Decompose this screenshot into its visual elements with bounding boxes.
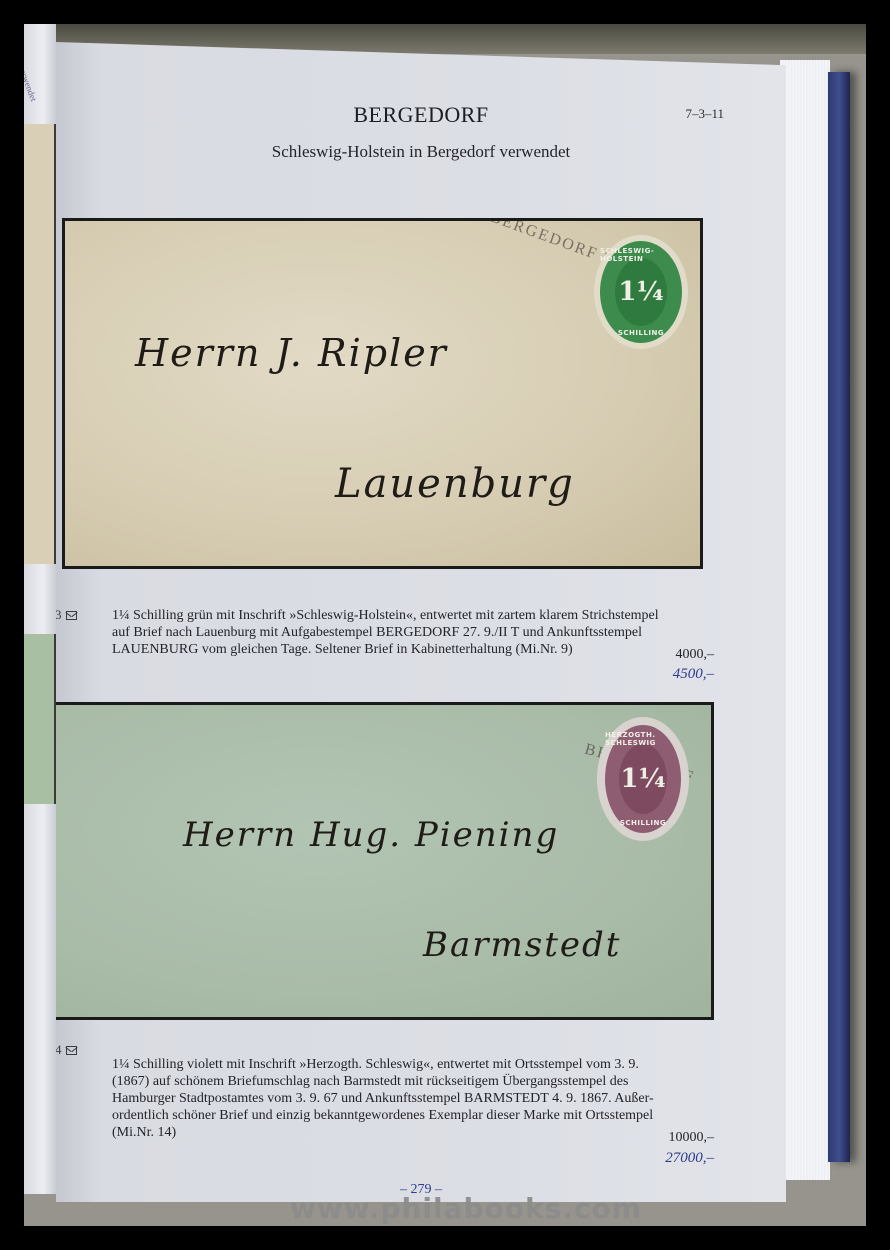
stamp-violet: HERZOGTH. SCHLESWIG 1¼ SCHILLING [597,717,689,841]
stamp-inscription-top: SCHLESWIG-HOLSTEIN [600,247,682,263]
page-subtitle: Schleswig-Holstein in Bergedorf verwende… [56,142,786,162]
description-line: (1867) auf schönem Briefumschlag nach Ba… [112,1073,757,1090]
page-title: BERGEDORF [56,102,786,128]
description-line: auf Brief nach Lauenburg mit Aufgabestem… [112,624,757,641]
envelope-icon [66,611,77,620]
address-line: Barmstedt [423,925,621,965]
description-line: 1¼ Schilling grün mit Inschrift »Schlesw… [112,607,757,624]
stamp-value: 1¼ [615,258,667,326]
book-cover-edge [828,72,850,1162]
description-line: (Mi.Nr. 14) [112,1124,757,1141]
address-line: Herrn Hug. Piening [183,815,559,855]
stamp-value: 1¼ [619,744,667,814]
address-line: Herrn J. Ripler [135,331,448,375]
envelope-image-lot-143: BERGEDORF 27 9 II T SCHLESWIG-HOLSTEIN 1… [62,218,703,569]
starting-price: 4000,– [676,647,715,663]
stamp-inscription-top: HERZOGTH. SCHLESWIG [605,731,681,747]
watermark: www.philabooks.com [290,1192,642,1225]
description-line: 1¼ Schilling violett mit Inschrift »Herz… [112,1056,757,1073]
previous-page-stamp-fragment [24,634,56,804]
realized-price: 27000,– [665,1150,714,1167]
description-line: Hamburger Stadtpostamtes vom 3. 9. 67 un… [112,1090,757,1107]
catalog-page: BERGEDORF 7–3–11 Schleswig-Holstein in B… [56,42,786,1202]
stamp-inscription-bottom: SCHILLING [620,819,666,827]
previous-page-envelope [24,124,56,564]
section-reference: 7–3–11 [685,106,724,122]
previous-page-sliver: verwendet [24,24,56,1194]
stamp-green: SCHLESWIG-HOLSTEIN 1¼ SCHILLING [594,235,688,349]
realized-price: 4500,– [673,666,714,683]
lot-description: 1¼ Schilling violett mit Inschrift »Herz… [112,1056,757,1141]
previous-page-text: verwendet [24,64,39,103]
address-line: Lauenburg [335,461,575,507]
description-line: ordentlich schöner Brief und einzig beka… [112,1107,757,1124]
lot-description: 1¼ Schilling grün mit Inschrift »Schlesw… [112,607,757,658]
page-edges [780,60,830,1180]
starting-price: 10000,– [669,1130,715,1146]
stamp-inscription-bottom: SCHILLING [618,329,664,337]
envelope-image-lot-144: BERGEDORF HERZOGTH. SCHLESWIG 1¼ SCHILLI… [50,702,714,1020]
envelope-icon [66,1046,77,1055]
description-line: LAUENBURG vom gleichen Tage. Seltener Br… [112,641,757,658]
